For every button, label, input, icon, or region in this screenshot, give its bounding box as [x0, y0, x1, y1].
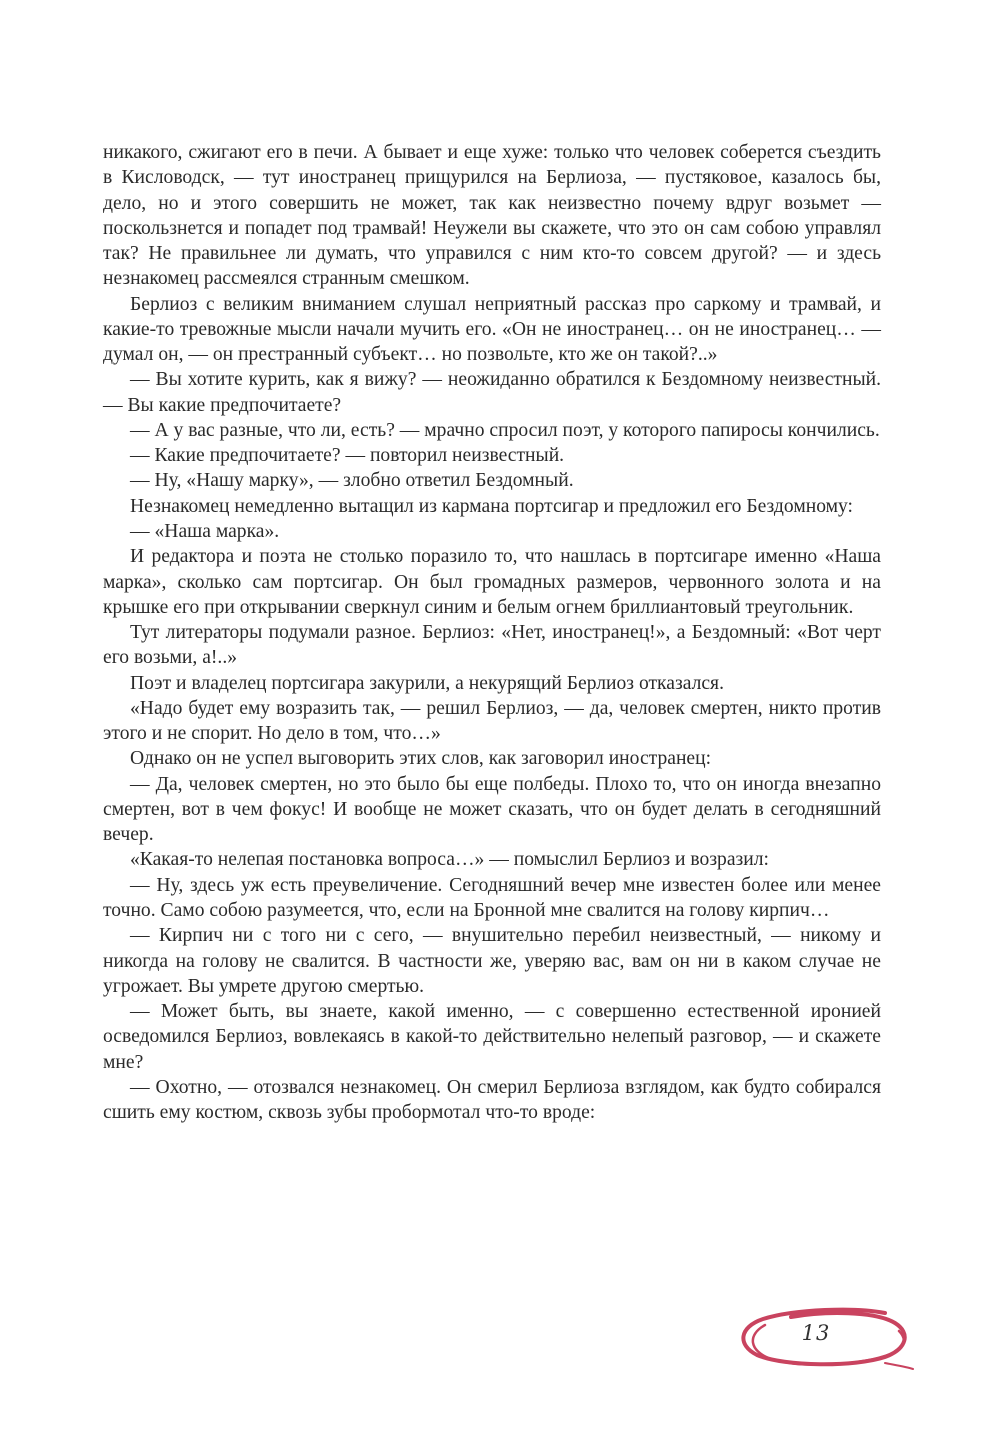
paragraph-12: «Надо будет ему возразить так, — решил Б…	[103, 696, 881, 747]
paragraph-15: «Какая-то нелепая постановка вопроса…» —…	[103, 847, 881, 872]
paragraph-7: Незнакомец немедленно вытащил из кармана…	[103, 494, 881, 519]
paragraph-1: никакого, сжигают его в печи. А бывает и…	[103, 140, 881, 292]
paragraph-3: — Вы хотите курить, как я вижу? — неожид…	[103, 367, 881, 418]
paragraph-9: И редактора и поэта не столько поразило …	[103, 544, 881, 620]
paragraph-18: — Может быть, вы знаете, какой именно, —…	[103, 999, 881, 1075]
page-number: 13	[791, 1321, 841, 1345]
paragraph-2: Берлиоз с великим вниманием слушал непри…	[103, 292, 881, 368]
paragraph-8: — «Наша марка».	[103, 519, 881, 544]
book-page: никакого, сжигают его в печи. А бывает и…	[0, 0, 986, 1447]
paragraph-4: — А у вас разные, что ли, есть? — мрачно…	[103, 418, 881, 443]
paragraph-13: Однако он не успел выговорить этих слов,…	[103, 746, 881, 771]
paragraph-6: — Ну, «Нашу марку», — злобно ответил Без…	[103, 468, 881, 493]
paragraph-16: — Ну, здесь уж есть преувеличение. Сегод…	[103, 873, 881, 924]
paragraph-19: — Охотно, — отозвался незнакомец. Он сме…	[103, 1075, 881, 1126]
paragraph-17: — Кирпич ни с того ни с сего, — внушител…	[103, 923, 881, 999]
paragraph-10: Тут литераторы подумали разное. Берлиоз:…	[103, 620, 881, 671]
body-text: никакого, сжигают его в печи. А бывает и…	[103, 140, 881, 1125]
paragraph-14: — Да, человек смертен, но это было бы ещ…	[103, 772, 881, 848]
paragraph-11: Поэт и владелец портсигара закурили, а н…	[103, 671, 881, 696]
paragraph-5: — Какие предпочитаете? — повторил неизве…	[103, 443, 881, 468]
page-number-badge: 13	[735, 1305, 915, 1375]
